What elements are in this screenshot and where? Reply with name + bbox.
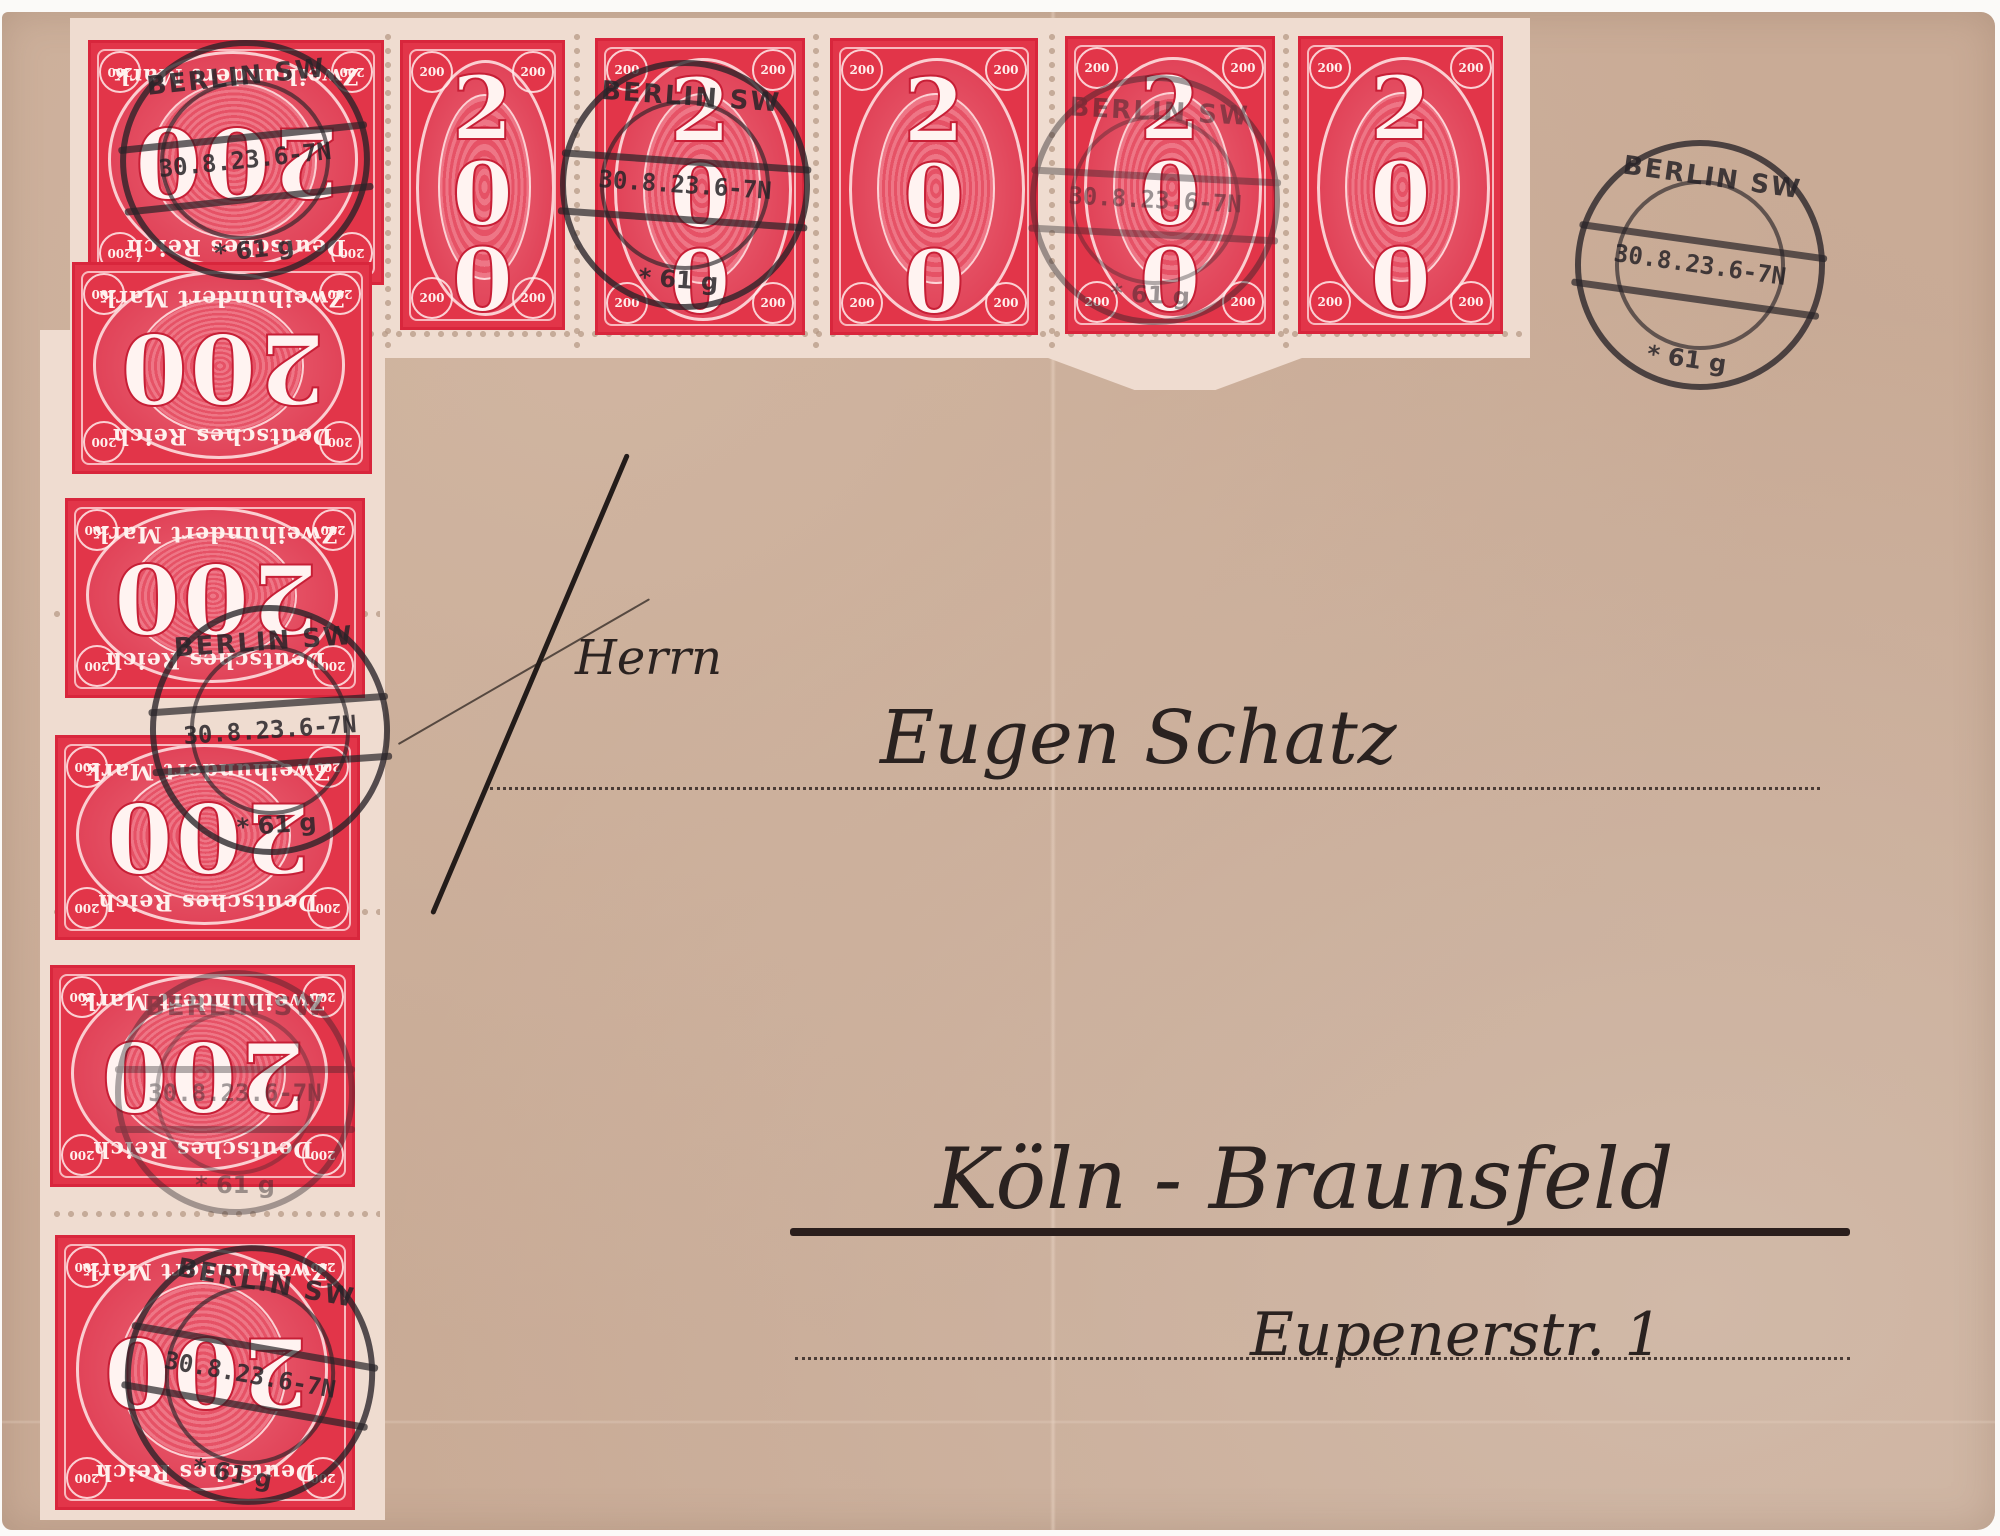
stamp-value: 200: [75, 312, 369, 425]
postmark-cancel: BERLIN SW 30.8.23.6-7N * 61 g: [142, 597, 399, 863]
postmark-code: * 61 g: [121, 1171, 349, 1199]
stamp-200-mark: Deutsches Reich 200 Zweihundert Mark 200…: [72, 262, 372, 474]
address-salutation: Herrn: [575, 630, 722, 686]
stamp-200-mark: 200 200 200 200 200: [1298, 36, 1503, 334]
address-city: Köln - Braunsfeld: [935, 1130, 1674, 1228]
stamp-200-mark: 200 200 200 200 200: [830, 38, 1038, 335]
address-line-2: [795, 1357, 1850, 1360]
stamp-value: 200: [439, 56, 527, 314]
address-line-1: [490, 787, 1820, 790]
postmark-cancel: BERLIN SW 30.8.23.6-7N * 61 g: [1024, 69, 1287, 332]
perforation: [812, 30, 820, 350]
postmark-city: BERLIN SW: [121, 992, 349, 1022]
postmark-date: 30.8.23.6-7N: [121, 1079, 349, 1107]
address-city-underline: [790, 1228, 1850, 1236]
stamp-200-mark: 200 200 200 200 200: [400, 40, 565, 330]
perforation: [384, 30, 392, 350]
stamp-value: 200: [890, 58, 978, 316]
perforation: [1282, 30, 1290, 350]
postmark-cancel: BERLIN SW 30.8.23.6-7N * 61 g: [552, 52, 819, 319]
postmark-cancel: BERLIN SW 30.8.23.6-7N * 61 g: [115, 970, 355, 1215]
stamp-value: 200: [1357, 56, 1445, 314]
address-name: Eugen Schatz: [880, 695, 1397, 781]
